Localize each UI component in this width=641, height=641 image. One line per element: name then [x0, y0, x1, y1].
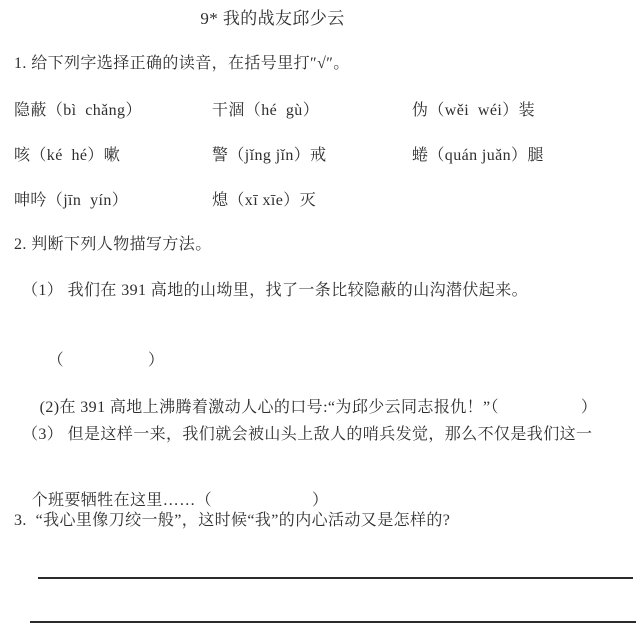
q2-prompt: 2. 判断下列人物描写方法。 — [14, 234, 212, 256]
q1-cell-jingjie: 警（jǐng jǐn）戒 — [212, 145, 327, 167]
page-title: 9* 我的战友邱少云 — [0, 8, 545, 30]
paren-close: ） — [312, 492, 328, 509]
answer-line-2[interactable] — [30, 621, 636, 623]
q1-cell-quantui: 蜷（quán juǎn）腿 — [412, 145, 544, 167]
q1-cell-ganhe: 干涸（hé gù） — [212, 100, 319, 122]
paren-close: ） — [581, 399, 597, 416]
paren-close: ） — [148, 352, 164, 369]
worksheet-page: 9* 我的战友邱少云 1. 给下列字选择正确的读音，在括号里打″√″。 隐蔽（b… — [0, 0, 641, 641]
answer-line-1[interactable] — [38, 577, 633, 579]
q1-cell-kesou: 咳（ké hé）嗽 — [14, 145, 120, 167]
paren-open: （ — [48, 352, 64, 369]
q1-cell-yinbi: 隐蔽（bì chǎng） — [14, 100, 142, 122]
q3-prompt: 3. “我心里像刀绞一般”，这时候“我”的内心活动又是怎样的? — [14, 510, 450, 532]
q1-cell-shenyin: 呻吟（jīn yín） — [14, 190, 128, 212]
q1-prompt: 1. 给下列字选择正确的读音，在括号里打″√″。 — [14, 53, 350, 75]
q2-item-3-text: 个班要牺牲在这里……（ — [32, 492, 212, 509]
q1-cell-weizhuang: 伪（wěi wéi）装 — [412, 100, 535, 122]
q2-item-1: （1） 我们在 391 高地的山坳里，找了一条比较隐蔽的山沟潜伏起来。 — [22, 280, 528, 302]
q2-item-2-text: (2)在 391 高地上沸腾着激动人心的口号:“为邱少云同志报仇！”（ — [40, 399, 499, 416]
q1-cell-ximie: 熄（xī xīe）灭 — [212, 190, 316, 212]
q2-item-3-line-1: （3） 但是这样一来，我们就会被山头上敌人的哨兵发觉，那么不仅是我们这一 — [22, 424, 592, 446]
